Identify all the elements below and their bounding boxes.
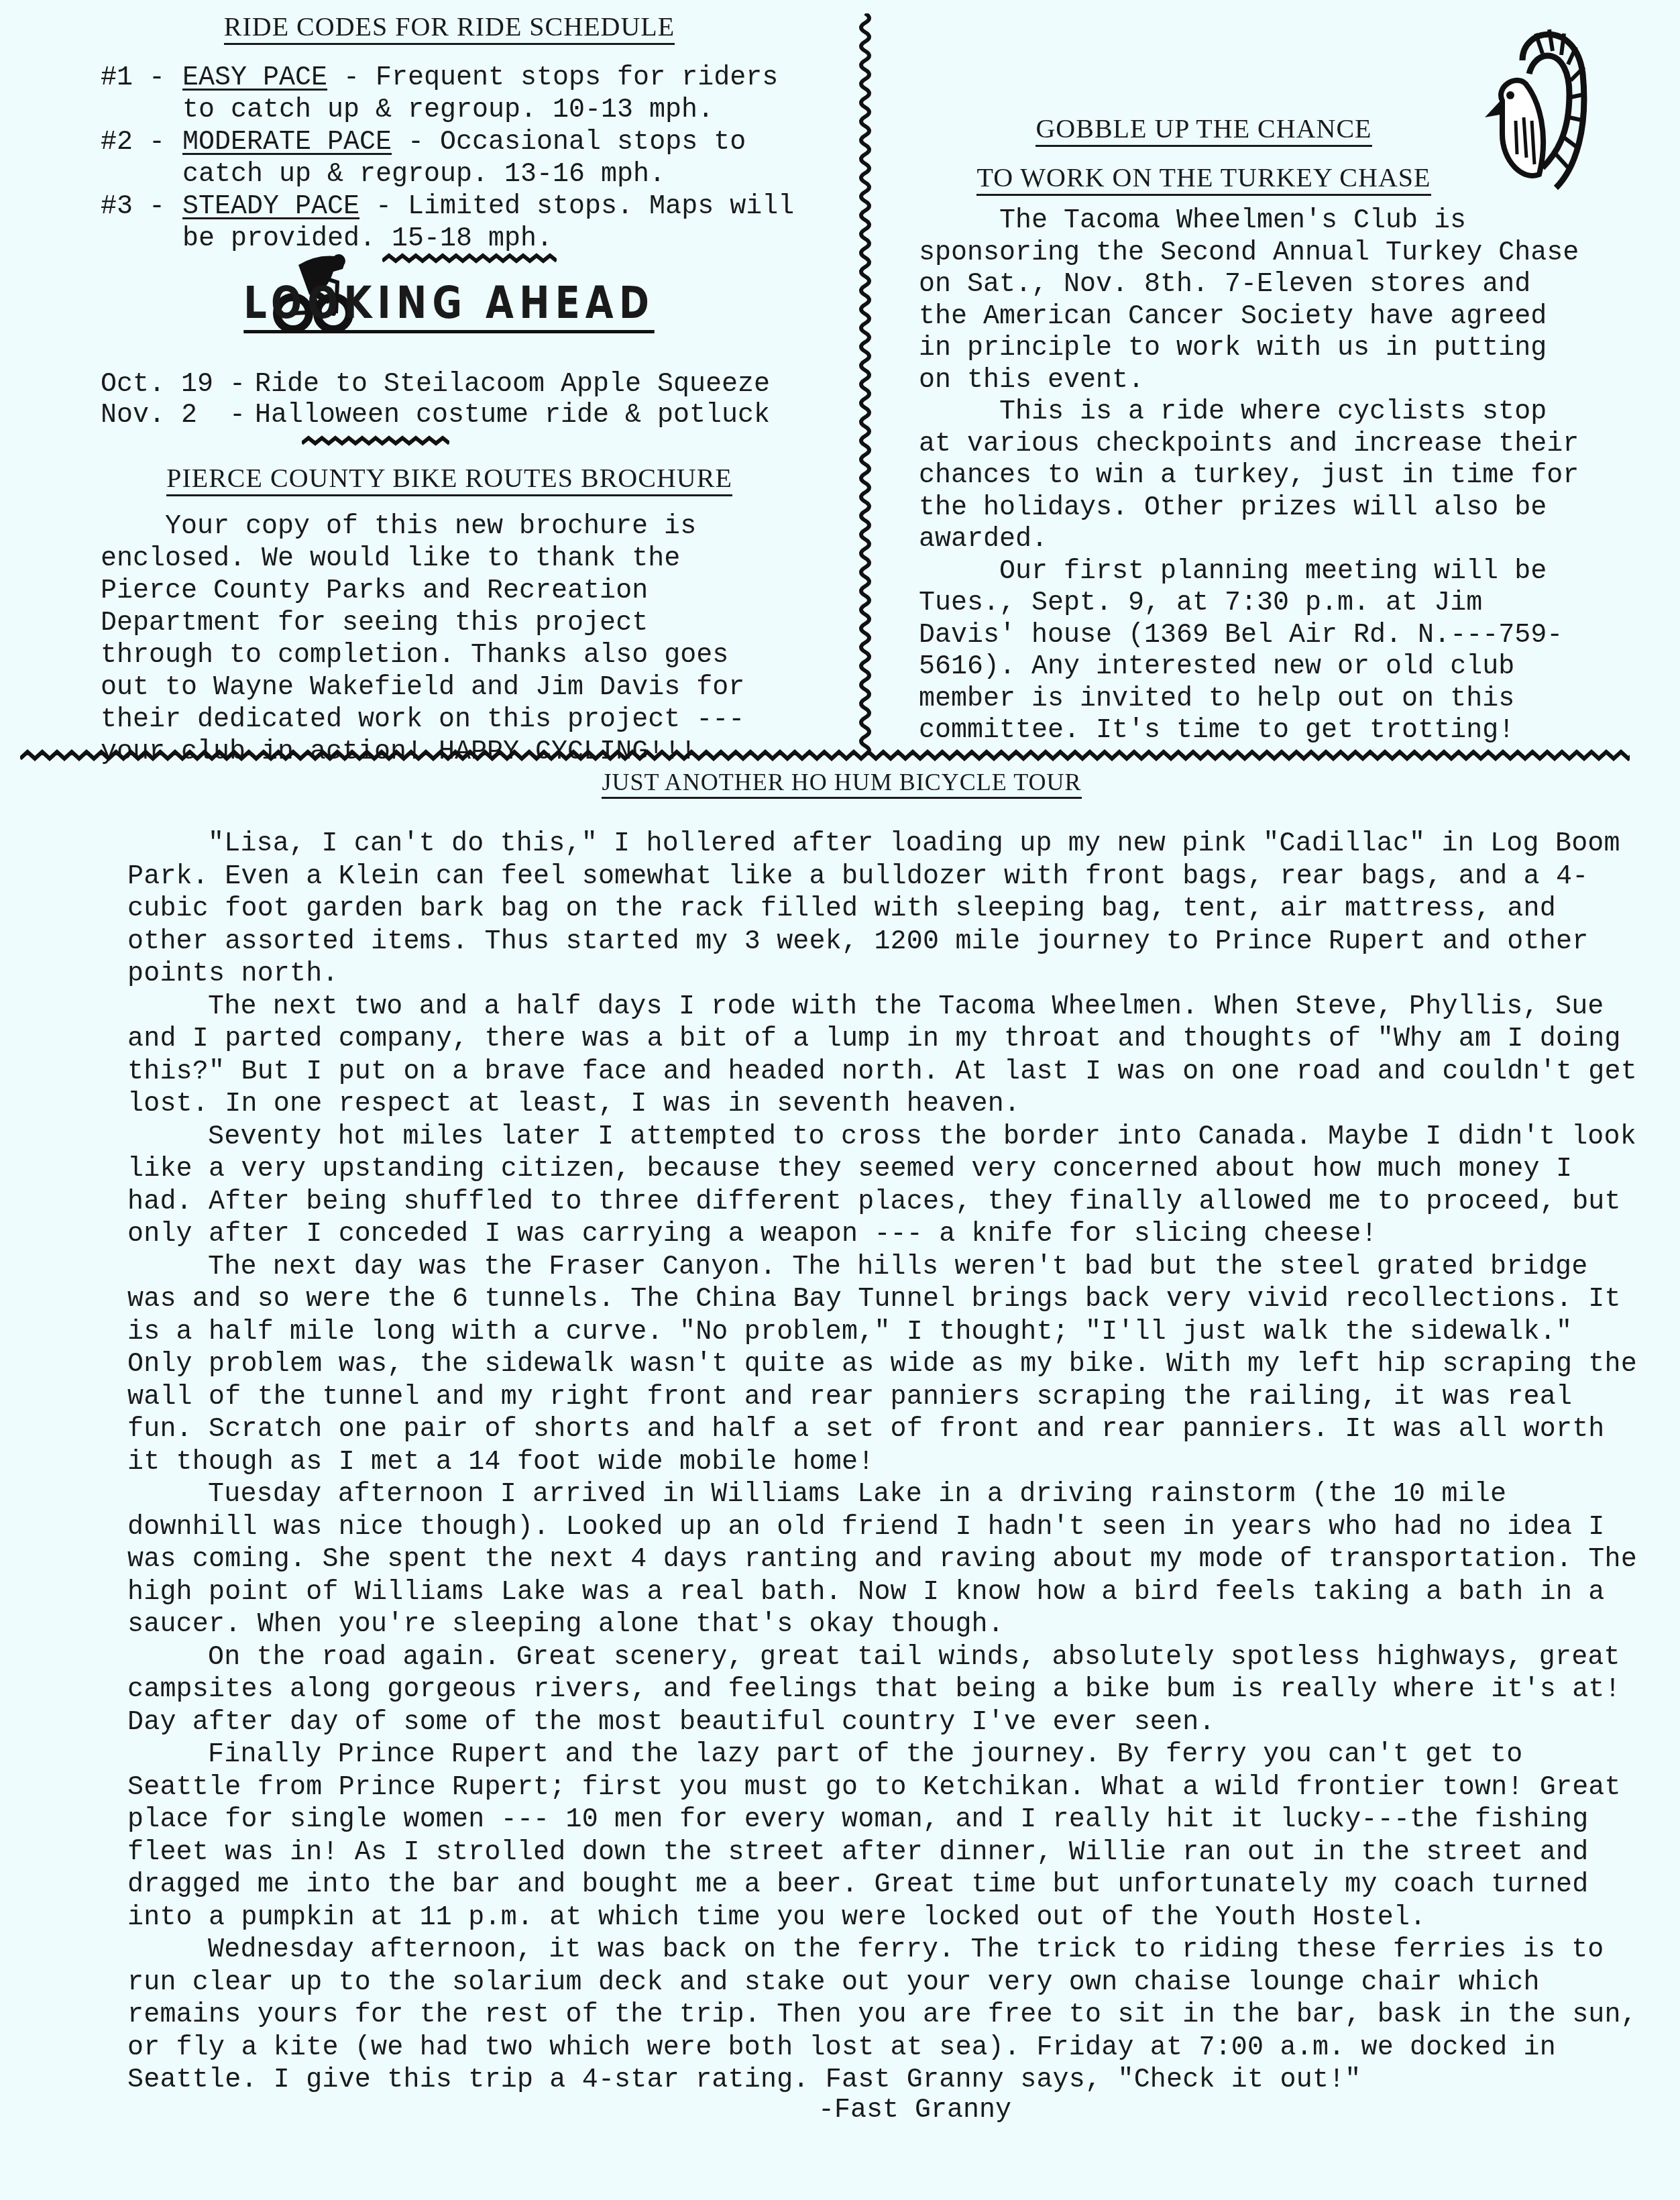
event-desc: Halloween costume ride & potluck (255, 400, 770, 431)
event-date: Oct. 19 - (101, 370, 255, 400)
ride-code-name: MODERATE PACE (182, 127, 392, 158)
ride-code-number: #3 - (101, 191, 182, 256)
ride-code-name: STEADY PACE (182, 192, 359, 222)
event-item: Oct. 19 - Ride to Steilacoom Apple Squee… (101, 370, 798, 400)
story-paragraph: Finally Prince Rupert and the lazy part … (127, 1739, 1643, 1934)
story-paragraph: The next day was the Fraser Canyon. The … (127, 1252, 1643, 1480)
story-paragraph: On the road again. Great scenery, great … (127, 1642, 1643, 1740)
turkey-paragraph: Our first planning meeting will be Tues.… (919, 556, 1589, 747)
ride-code-item: #2 - MODERATE PACE - Occasional stops to… (101, 127, 798, 191)
ride-codes-heading: RIDE CODES FOR RIDE SCHEDULE (101, 13, 798, 45)
right-column: GOBBLE UP THE CHANCE TO WORK ON THE TURK… (919, 13, 1589, 747)
ride-code-number: #2 - (101, 127, 182, 191)
turkey-icon (1475, 20, 1589, 195)
story-paragraph: Seventy hot miles later I attempted to c… (127, 1121, 1643, 1252)
ride-code-text: STEADY PACE - Limited stops. Maps will b… (182, 191, 798, 256)
ride-code-item: #1 - EASY PACE - Frequent stops for ride… (101, 62, 798, 127)
ride-codes-list: #1 - EASY PACE - Frequent stops for ride… (101, 62, 798, 256)
ride-code-item: #3 - STEADY PACE - Limited stops. Maps w… (101, 191, 798, 256)
section-divider (20, 748, 1630, 765)
bicycle-tour-story: JUST ANOTHER HO HUM BICYCLE TOUR "Lisa, … (127, 770, 1643, 2124)
event-desc: Ride to Steilacoom Apple Squeeze (255, 370, 770, 400)
event-item: Nov. 2 - Halloween costume ride & potluc… (101, 400, 798, 431)
brochure-heading: PIERCE COUNTY BIKE ROUTES BROCHURE (101, 465, 798, 496)
left-column: RIDE CODES FOR RIDE SCHEDULE #1 - EASY P… (101, 13, 798, 769)
column-divider (857, 13, 877, 751)
turkey-title-1: GOBBLE UP THE CHANCE (1035, 115, 1371, 147)
wave-ornament (302, 435, 449, 447)
story-signoff: -Fast Granny (127, 2097, 1643, 2124)
ride-code-text: MODERATE PACE - Occasional stops to catc… (182, 127, 798, 191)
events-list: Oct. 19 - Ride to Steilacoom Apple Squee… (101, 370, 798, 431)
story-title: JUST ANOTHER HO HUM BICYCLE TOUR (602, 770, 1081, 799)
brochure-title: PIERCE COUNTY BIKE ROUTES BROCHURE (166, 465, 732, 496)
ride-code-name: EASY PACE (182, 63, 327, 93)
looking-ahead-title: LOOKING AHEAD (244, 277, 655, 333)
story-paragraph: The next two and a half days I rode with… (127, 991, 1643, 1121)
ride-code-number: #1 - (101, 62, 182, 127)
ride-codes-title: RIDE CODES FOR RIDE SCHEDULE (224, 13, 675, 45)
turkey-paragraph: This is a ride where cyclists stop at va… (919, 396, 1589, 556)
story-paragraph: Tuesday afternoon I arrived in Williams … (127, 1479, 1643, 1642)
story-paragraph: "Lisa, I can't do this," I hollered afte… (127, 828, 1643, 991)
story-paragraph: Wednesday afternoon, it was back on the … (127, 1934, 1643, 2097)
event-date: Nov. 2 - (101, 400, 255, 431)
ride-code-text: EASY PACE - Frequent stops for riders to… (182, 62, 798, 127)
story-heading: JUST ANOTHER HO HUM BICYCLE TOUR (127, 770, 1643, 799)
looking-ahead-header: LOOKING AHEAD (101, 277, 798, 357)
turkey-paragraph: The Tacoma Wheelmen's Club is sponsoring… (919, 205, 1589, 396)
turkey-title-2: TO WORK ON THE TURKEY CHASE (976, 164, 1431, 196)
brochure-body: Your copy of this new brochure is enclos… (101, 511, 758, 769)
